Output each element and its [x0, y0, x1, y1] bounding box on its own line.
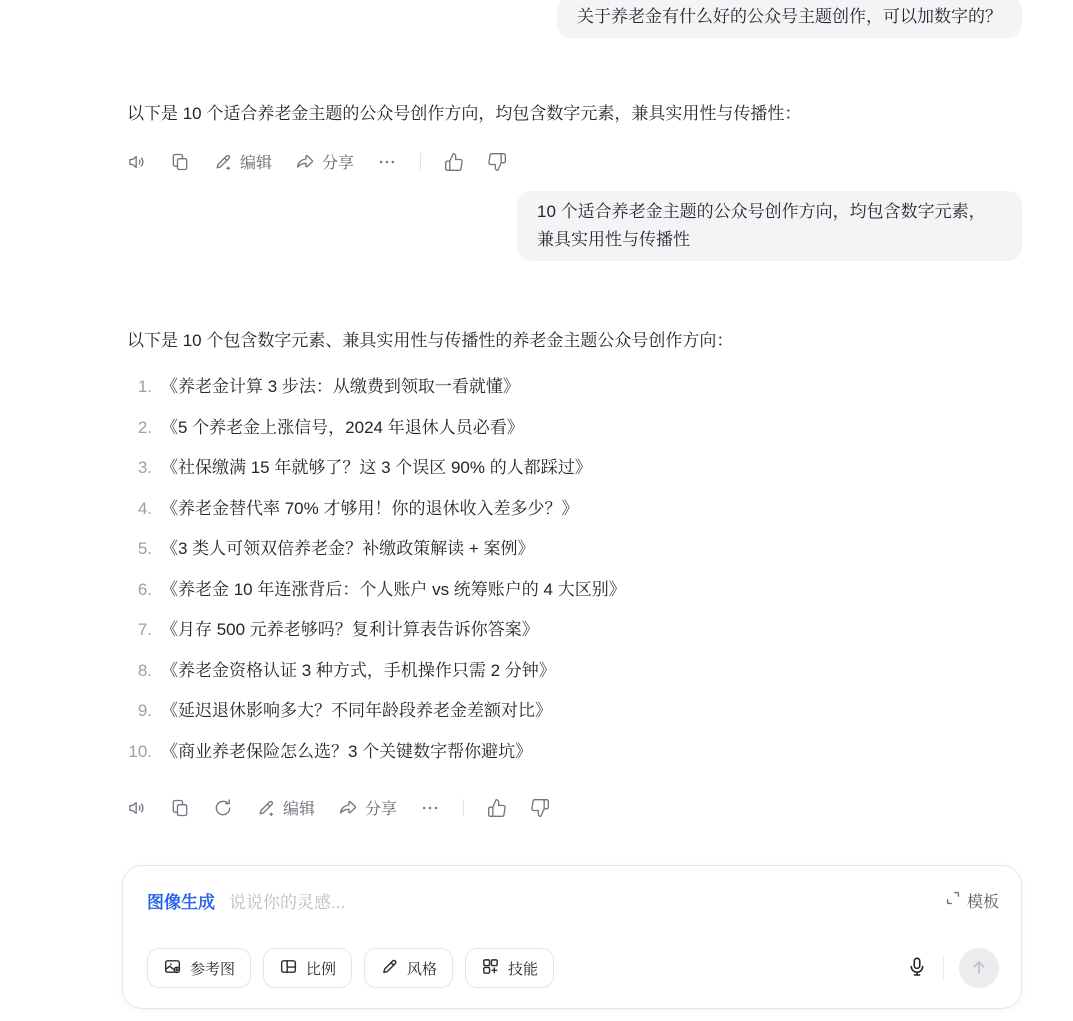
list-item-number: 8.	[122, 651, 152, 692]
reference-image-icon	[163, 957, 182, 980]
composer: 图像生成 说说你的灵感... 模板 参考图	[122, 865, 1022, 1009]
template-button[interactable]: 模板	[945, 889, 999, 912]
list-item: 1.《养老金计算 3 步法：从缴费到领取一看就懂》	[122, 367, 1022, 408]
copy-icon	[170, 152, 190, 172]
more-icon	[420, 798, 440, 818]
assistant-message-intro: 以下是 10 个包含数字元素、兼具实用性与传播性的养老金主题公众号创作方向：	[122, 327, 1022, 355]
copy-icon	[170, 798, 190, 818]
thumbs-down-button[interactable]	[487, 152, 507, 172]
tool-button-label: 比例	[306, 958, 336, 979]
composer-tools: 参考图 比例 风格 技	[147, 948, 906, 988]
list-item-text: 《商业养老保险怎么选？3 个关键数字帮你避坑》	[161, 732, 532, 773]
microphone-icon	[906, 956, 928, 981]
composer-divider	[943, 957, 944, 979]
chat-thread: 关于养老金有什么好的公众号主题创作，可以加数字的？ 以下是 10 个适合养老金主…	[122, 0, 1022, 1009]
thumbs-down-icon	[530, 798, 550, 818]
list-item-number: 6.	[122, 570, 152, 611]
reference-image-button[interactable]: 参考图	[147, 948, 251, 988]
template-button-label: 模板	[967, 889, 999, 912]
copy-button[interactable]	[170, 152, 190, 172]
list-item: 3.《社保缴满 15 年就够了？这 3 个误区 90% 的人都踩过》	[122, 448, 1022, 489]
regenerate-button[interactable]	[213, 798, 233, 818]
list-item-text: 《养老金替代率 70% 才够用！你的退休收入差多少？》	[161, 489, 578, 530]
thumbs-up-icon	[444, 152, 464, 172]
thumbs-up-button[interactable]	[487, 798, 507, 818]
speaker-icon	[127, 152, 147, 172]
list-item-number: 7.	[122, 610, 152, 651]
action-bar-divider	[420, 153, 421, 170]
thumbs-up-button[interactable]	[444, 152, 464, 172]
list-item: 8.《养老金资格认证 3 种方式，手机操作只需 2 分钟》	[122, 651, 1022, 692]
read-aloud-button[interactable]	[127, 152, 147, 172]
speaker-icon	[127, 798, 147, 818]
share-icon	[338, 798, 358, 818]
composer-placeholder: 说说你的灵感...	[229, 888, 345, 913]
edit-button[interactable]: 编辑	[256, 796, 315, 819]
style-pen-icon	[380, 957, 399, 980]
assistant-numbered-list: 1.《养老金计算 3 步法：从缴费到领取一看就懂》 2.《5 个养老金上涨信号，…	[122, 367, 1022, 772]
aspect-ratio-icon	[279, 957, 298, 980]
composer-input[interactable]: 图像生成 说说你的灵感...	[147, 888, 945, 913]
edit-button-label: 编辑	[283, 796, 315, 819]
skills-button[interactable]: 技能	[465, 948, 554, 988]
list-item: 2.《5 个养老金上涨信号，2024 年退休人员必看》	[122, 408, 1022, 449]
share-button-label: 分享	[365, 796, 397, 819]
microphone-button[interactable]	[906, 956, 928, 981]
list-item: 5.《3 类人可领双倍养老金？补缴政策解读 + 案例》	[122, 529, 1022, 570]
share-button[interactable]: 分享	[295, 150, 354, 173]
list-item-text: 《3 类人可领双倍养老金？补缴政策解读 + 案例》	[161, 529, 535, 570]
template-icon	[945, 890, 961, 911]
more-icon	[377, 152, 397, 172]
send-arrow-icon	[969, 957, 989, 980]
list-item: 7.《月存 500 元养老够吗？复利计算表告诉你答案》	[122, 610, 1022, 651]
thumbs-down-icon	[487, 152, 507, 172]
read-aloud-button[interactable]	[127, 798, 147, 818]
list-item-number: 10.	[122, 732, 152, 773]
list-item: 10.《商业养老保险怎么选？3 个关键数字帮你避坑》	[122, 732, 1022, 773]
tool-button-label: 风格	[407, 958, 437, 979]
list-item-number: 3.	[122, 448, 152, 489]
edit-button[interactable]: 编辑	[213, 150, 272, 173]
list-item-number: 1.	[122, 367, 152, 408]
list-item-text: 《养老金 10 年连涨背后：个人账户 vs 统筹账户的 4 大区别》	[161, 570, 626, 611]
tool-button-label: 参考图	[190, 958, 235, 979]
more-button[interactable]	[377, 152, 397, 172]
list-item-number: 2.	[122, 408, 152, 449]
share-button-label: 分享	[322, 150, 354, 173]
share-button[interactable]: 分享	[338, 796, 397, 819]
list-item-text: 《养老金资格认证 3 种方式，手机操作只需 2 分钟》	[161, 651, 556, 692]
action-bar-divider	[463, 799, 464, 816]
list-item-text: 《5 个养老金上涨信号，2024 年退休人员必看》	[161, 408, 524, 449]
user-message-row: 关于养老金有什么好的公众号主题创作，可以加数字的？	[122, 0, 1022, 38]
edit-icon	[213, 152, 233, 172]
regenerate-icon	[213, 798, 233, 818]
thumbs-up-icon	[487, 798, 507, 818]
edit-icon	[256, 798, 276, 818]
list-item-number: 5.	[122, 529, 152, 570]
list-item-text: 《月存 500 元养老够吗？复利计算表告诉你答案》	[161, 610, 539, 651]
send-button[interactable]	[959, 948, 999, 988]
copy-button[interactable]	[170, 798, 190, 818]
message-action-bar: 编辑 分享	[122, 150, 1022, 173]
thumbs-down-button[interactable]	[530, 798, 550, 818]
message-action-bar: 编辑 分享	[122, 796, 1022, 819]
skills-grid-icon	[481, 957, 500, 980]
list-item-number: 9.	[122, 691, 152, 732]
image-generation-mode-tag[interactable]: 图像生成	[147, 888, 215, 913]
more-button[interactable]	[420, 798, 440, 818]
list-item: 4.《养老金替代率 70% 才够用！你的退休收入差多少？》	[122, 489, 1022, 530]
user-message-bubble: 10 个适合养老金主题的公众号创作方向，均包含数字元素，兼具实用性与传播性	[517, 191, 1022, 261]
list-item: 9.《延迟退休影响多大？不同年龄段养老金差额对比》	[122, 691, 1022, 732]
assistant-message: 以下是 10 个适合养老金主题的公众号创作方向，均包含数字元素，兼具实用性与传播…	[122, 100, 1022, 128]
user-message-bubble: 关于养老金有什么好的公众号主题创作，可以加数字的？	[557, 0, 1022, 38]
share-icon	[295, 152, 315, 172]
aspect-ratio-button[interactable]: 比例	[263, 948, 352, 988]
style-button[interactable]: 风格	[364, 948, 453, 988]
list-item-text: 《延迟退休影响多大？不同年龄段养老金差额对比》	[161, 691, 552, 732]
list-item-number: 4.	[122, 489, 152, 530]
tool-button-label: 技能	[508, 958, 538, 979]
list-item-text: 《社保缴满 15 年就够了？这 3 个误区 90% 的人都踩过》	[161, 448, 592, 489]
list-item-text: 《养老金计算 3 步法：从缴费到领取一看就懂》	[161, 367, 520, 408]
edit-button-label: 编辑	[240, 150, 272, 173]
list-item: 6.《养老金 10 年连涨背后：个人账户 vs 统筹账户的 4 大区别》	[122, 570, 1022, 611]
user-message-row: 10 个适合养老金主题的公众号创作方向，均包含数字元素，兼具实用性与传播性	[122, 191, 1022, 261]
